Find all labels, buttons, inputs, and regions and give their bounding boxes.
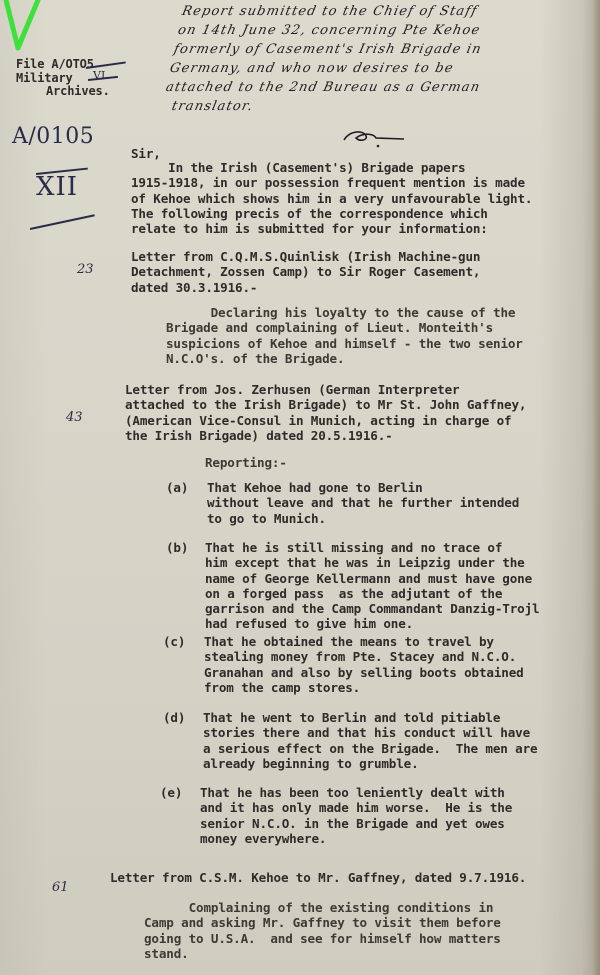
- file-ref-line1: File A/OTO5: [16, 57, 94, 71]
- signature-initials: [340, 126, 410, 150]
- margin-ref-61: 61: [52, 880, 69, 895]
- file-ref-line2: Military: [16, 71, 73, 85]
- margin-ref-43: 43: [66, 410, 83, 425]
- intro-paragraph: In the Irish (Casement's) Brigade papers…: [131, 160, 532, 236]
- item-e-text: That he has been too leniently dealt wit…: [200, 785, 512, 846]
- reporting-label: Reporting:-: [205, 455, 287, 470]
- item-c-text: That he obtained the means to travel by …: [204, 634, 524, 695]
- margin-roman-numeral: XII: [36, 172, 78, 202]
- handwritten-note: Report submitted to the Chief of Staff o…: [160, 2, 499, 116]
- file-ref-line3: Archives.: [16, 84, 110, 98]
- green-check-mark: [0, 0, 50, 56]
- item-e-marker: (e): [160, 785, 182, 800]
- letter-3-heading: Letter from C.S.M. Kehoe to Mr. Gaffney,…: [110, 870, 526, 885]
- file-ref-pen-correction: VI: [93, 69, 105, 82]
- item-c-marker: (c): [163, 634, 185, 649]
- salutation: Sir,: [131, 146, 161, 161]
- item-b-text: That he is still missing and no trace of…: [205, 540, 539, 632]
- item-b-marker: (b): [166, 540, 188, 555]
- letter-1-summary: Declaring his loyalty to the cause of th…: [166, 305, 523, 366]
- margin-ref-23: 23: [77, 262, 94, 277]
- letter-1-heading: Letter from C.Q.M.S.Quinlisk (Irish Mach…: [131, 249, 480, 295]
- page-edge-shadow: [592, 0, 600, 975]
- item-a-text: That Kehoe had gone to Berlin without le…: [207, 480, 519, 526]
- letter-3-summary: Complaining of the existing conditions i…: [144, 900, 501, 961]
- item-d-marker: (d): [163, 710, 185, 725]
- margin-file-code: A/0105: [12, 124, 94, 149]
- letter-2-heading: Letter from Jos. Zerhusen (German Interp…: [125, 382, 526, 443]
- item-a-marker: (a): [166, 480, 188, 495]
- item-d-text: That he went to Berlin and told pitiable…: [203, 710, 537, 771]
